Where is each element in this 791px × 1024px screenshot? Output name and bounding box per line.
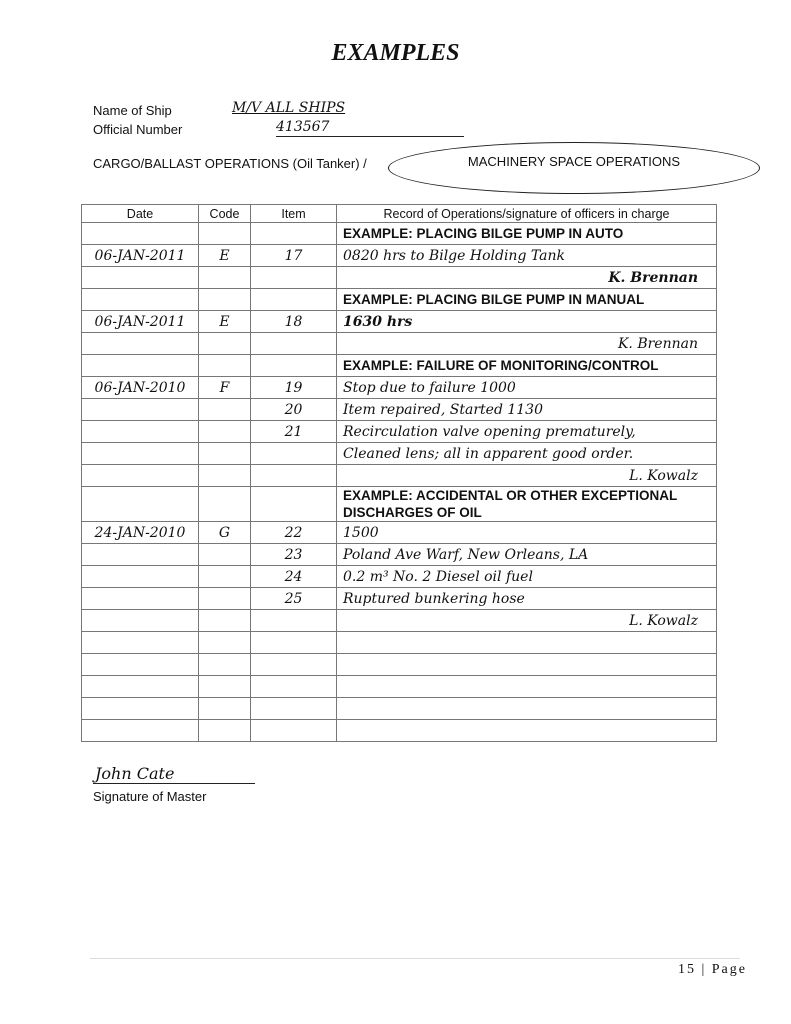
table-row: 06-JAN-2011E170820 hrs to Bilge Holding …: [82, 245, 717, 267]
code-cell: [199, 610, 251, 632]
code-cell: [199, 632, 251, 654]
date-cell: [82, 465, 199, 487]
item-cell: 23: [251, 544, 337, 566]
date-cell: [82, 720, 199, 742]
example-heading-row: EXAMPLE: PLACING BILGE PUMP IN MANUAL: [82, 289, 717, 311]
record-cell: 1630 hrs: [337, 311, 717, 333]
date-cell: [82, 566, 199, 588]
date-cell: [82, 588, 199, 610]
table-row: 24-JAN-2010G221500: [82, 522, 717, 544]
master-signature-label: Signature of Master: [93, 789, 206, 804]
record-cell: Stop due to failure 1000: [337, 377, 717, 399]
item-cell: 21: [251, 421, 337, 443]
code-cell: [199, 421, 251, 443]
item-cell: 22: [251, 522, 337, 544]
item-cell: [251, 443, 337, 465]
record-cell: K. Brennan: [337, 267, 717, 289]
empty-row: [82, 632, 717, 654]
empty-row: [82, 698, 717, 720]
page-title: EXAMPLES: [0, 40, 791, 67]
table-row: 21Recirculation valve opening prematurel…: [82, 421, 717, 443]
record-cell: Ruptured bunkering hose: [337, 588, 717, 610]
table-row: L. Kowalz: [82, 610, 717, 632]
table-row: 06-JAN-2010F19Stop due to failure 1000: [82, 377, 717, 399]
code-cell: [199, 676, 251, 698]
item-cell: [251, 333, 337, 355]
item-cell: 19: [251, 377, 337, 399]
date-cell: 06-JAN-2011: [82, 245, 199, 267]
column-header-record: Record of Operations/signature of office…: [337, 205, 717, 223]
record-cell: 0820 hrs to Bilge Holding Tank: [337, 245, 717, 267]
record-cell: Cleaned lens; all in apparent good order…: [337, 443, 717, 465]
date-cell: [82, 610, 199, 632]
record-cell: K. Brennan: [337, 333, 717, 355]
date-cell: [82, 223, 199, 245]
master-signature-line: [93, 783, 255, 784]
item-cell: [251, 465, 337, 487]
operations-record-table: Date Code Item Record of Operations/sign…: [81, 204, 717, 742]
empty-row: [82, 654, 717, 676]
table-row: 20Item repaired, Started 1130: [82, 399, 717, 421]
item-cell: [251, 720, 337, 742]
record-cell: [337, 632, 717, 654]
record-cell: [337, 720, 717, 742]
empty-row: [82, 720, 717, 742]
date-cell: [82, 333, 199, 355]
example-heading-row: EXAMPLE: FAILURE OF MONITORING/CONTROL: [82, 355, 717, 377]
date-cell: [82, 289, 199, 311]
record-cell: EXAMPLE: PLACING BILGE PUMP IN AUTO: [337, 223, 717, 245]
code-cell: [199, 588, 251, 610]
example-heading-row: EXAMPLE: PLACING BILGE PUMP IN AUTO: [82, 223, 717, 245]
footer-divider: [90, 958, 740, 959]
item-cell: [251, 355, 337, 377]
official-number-underline: [276, 136, 464, 137]
code-cell: [199, 355, 251, 377]
date-cell: [82, 443, 199, 465]
machinery-space-operations-option: MACHINERY SPACE OPERATIONS: [388, 154, 760, 169]
code-cell: G: [199, 522, 251, 544]
date-cell: [82, 544, 199, 566]
code-cell: E: [199, 245, 251, 267]
ship-name-value: M/V ALL SHIPS: [232, 100, 345, 116]
code-cell: [199, 289, 251, 311]
record-cell: L. Kowalz: [337, 610, 717, 632]
table-row: 25Ruptured bunkering hose: [82, 588, 717, 610]
code-cell: [199, 267, 251, 289]
page-number: 15 | Page: [678, 962, 747, 978]
code-cell: [199, 654, 251, 676]
item-cell: [251, 654, 337, 676]
item-cell: [251, 676, 337, 698]
date-cell: [82, 399, 199, 421]
code-cell: [199, 720, 251, 742]
code-cell: [199, 465, 251, 487]
code-cell: [199, 698, 251, 720]
record-cell: [337, 654, 717, 676]
date-cell: [82, 654, 199, 676]
record-cell: [337, 676, 717, 698]
record-cell: EXAMPLE: ACCIDENTAL OR OTHER EXCEPTIONAL…: [337, 487, 717, 522]
official-number-label: Official Number: [93, 122, 182, 137]
item-cell: 17: [251, 245, 337, 267]
code-cell: [199, 333, 251, 355]
code-cell: [199, 487, 251, 522]
column-header-code: Code: [199, 205, 251, 223]
record-cell: EXAMPLE: PLACING BILGE PUMP IN MANUAL: [337, 289, 717, 311]
date-cell: 24-JAN-2010: [82, 522, 199, 544]
date-cell: [82, 632, 199, 654]
date-cell: [82, 421, 199, 443]
item-cell: [251, 610, 337, 632]
record-cell: [337, 698, 717, 720]
date-cell: [82, 676, 199, 698]
master-signature: John Cate: [95, 764, 174, 783]
item-cell: [251, 289, 337, 311]
cargo-ballast-operations-option: CARGO/BALLAST OPERATIONS (Oil Tanker) /: [93, 156, 367, 171]
item-cell: 25: [251, 588, 337, 610]
table-row: 240.2 m³ No. 2 Diesel oil fuel: [82, 566, 717, 588]
record-cell: 1500: [337, 522, 717, 544]
table-row: K. Brennan: [82, 267, 717, 289]
code-cell: [199, 223, 251, 245]
item-cell: [251, 487, 337, 522]
code-cell: E: [199, 311, 251, 333]
item-cell: [251, 632, 337, 654]
table-row: 06-JAN-2011E181630 hrs: [82, 311, 717, 333]
code-cell: [199, 399, 251, 421]
code-cell: [199, 544, 251, 566]
date-cell: 06-JAN-2010: [82, 377, 199, 399]
record-cell: Item repaired, Started 1130: [337, 399, 717, 421]
record-cell: Poland Ave Warf, New Orleans, LA: [337, 544, 717, 566]
record-cell: L. Kowalz: [337, 465, 717, 487]
item-cell: [251, 698, 337, 720]
code-cell: [199, 443, 251, 465]
empty-row: [82, 676, 717, 698]
record-cell: EXAMPLE: FAILURE OF MONITORING/CONTROL: [337, 355, 717, 377]
date-cell: [82, 487, 199, 522]
record-cell: Recirculation valve opening prematurely,: [337, 421, 717, 443]
ship-name-label: Name of Ship: [93, 103, 172, 118]
example-heading-row: EXAMPLE: ACCIDENTAL OR OTHER EXCEPTIONAL…: [82, 487, 717, 522]
official-number-value: 413567: [276, 119, 329, 135]
code-cell: [199, 566, 251, 588]
table-row: Cleaned lens; all in apparent good order…: [82, 443, 717, 465]
date-cell: 06-JAN-2011: [82, 311, 199, 333]
column-header-item: Item: [251, 205, 337, 223]
date-cell: [82, 267, 199, 289]
date-cell: [82, 698, 199, 720]
table-row: K. Brennan: [82, 333, 717, 355]
table-header-row: Date Code Item Record of Operations/sign…: [82, 205, 717, 223]
code-cell: F: [199, 377, 251, 399]
table-row: L. Kowalz: [82, 465, 717, 487]
column-header-date: Date: [82, 205, 199, 223]
table-row: 23Poland Ave Warf, New Orleans, LA: [82, 544, 717, 566]
item-cell: 18: [251, 311, 337, 333]
item-cell: 24: [251, 566, 337, 588]
date-cell: [82, 355, 199, 377]
item-cell: 20: [251, 399, 337, 421]
item-cell: [251, 267, 337, 289]
record-cell: 0.2 m³ No. 2 Diesel oil fuel: [337, 566, 717, 588]
item-cell: [251, 223, 337, 245]
